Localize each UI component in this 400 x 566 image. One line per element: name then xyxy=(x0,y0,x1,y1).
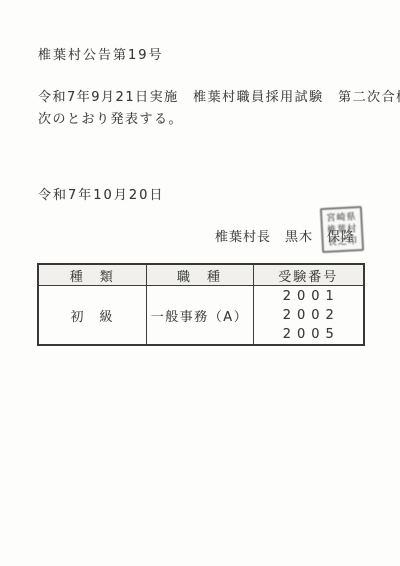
scanned-notice-page: 椎葉村公告第19号 令和7年9月21日実施 椎葉村職員採用試験 第二次合格者を … xyxy=(0,0,400,566)
mayor-seal-stamp-icon: 宮崎県 椎葉村 長之印 xyxy=(320,206,364,253)
cell-exam-numbers: 2001 2002 2005 xyxy=(253,286,364,346)
exam-number: 2005 xyxy=(254,325,370,344)
announcement-line-2: 次のとおり発表する。 xyxy=(38,108,183,127)
table-header-row: 種 類 職 種 受験番号 xyxy=(38,264,364,286)
issue-date: 令和7年10月20日 xyxy=(38,184,164,203)
seal-line: 長之印 xyxy=(327,235,358,249)
header-job-type: 職 種 xyxy=(146,264,253,286)
announcement-line-1: 令和7年9月21日実施 椎葉村職員採用試験 第二次合格者を xyxy=(38,86,400,105)
exam-number: 2001 xyxy=(254,287,370,306)
notice-number: 椎葉村公告第19号 xyxy=(38,44,164,63)
exam-number: 2002 xyxy=(254,306,370,325)
cell-category: 初 級 xyxy=(38,286,146,346)
table-row: 初 級 一般事務（A） 2001 2002 2005 xyxy=(38,286,364,346)
header-category: 種 類 xyxy=(38,264,146,286)
header-exam-number: 受験番号 xyxy=(253,264,364,286)
cell-job-type: 一般事務（A） xyxy=(146,286,253,346)
results-table: 種 類 職 種 受験番号 初 級 一般事務（A） 2001 2002 2005 xyxy=(37,263,365,346)
